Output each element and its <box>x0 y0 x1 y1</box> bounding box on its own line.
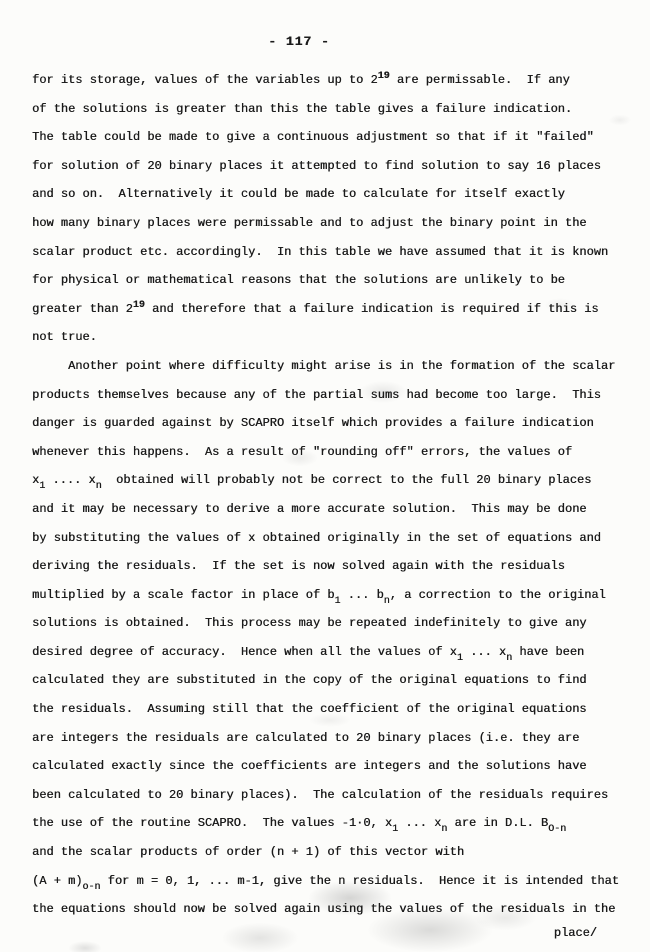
text-line: products themselves because any of the p… <box>32 381 626 410</box>
text-line: calculated exactly since the coefficient… <box>32 752 626 781</box>
text-line: solutions is obtained. This process may … <box>32 609 626 638</box>
text-line: deriving the residuals. If the set is no… <box>32 552 626 581</box>
text-line: and it may be necessary to derive a more… <box>32 495 626 524</box>
text-line: the use of the routine SCAPRO. The value… <box>32 809 626 838</box>
text-line: how many binary places were permissable … <box>32 209 626 238</box>
catchword: place/ <box>554 921 597 945</box>
text-line: are integers the residuals are calculate… <box>32 724 626 753</box>
text-line: not true. <box>32 323 626 352</box>
text-line: whenever this happens. As a result of "r… <box>32 438 626 467</box>
page-number-header: - 117 - <box>0 34 598 49</box>
text-line: x1 .... xn obtained will probably not be… <box>32 466 626 495</box>
text-line: for physical or mathematical reasons tha… <box>32 266 626 295</box>
text-line: desired degree of accuracy. Hence when a… <box>32 638 626 667</box>
text-line: the residuals. Assuming still that the c… <box>32 695 626 724</box>
text-line: of the solutions is greater than this th… <box>32 95 626 124</box>
text-line: scalar product etc. accordingly. In this… <box>32 238 626 267</box>
text-body: for its storage, values of the variables… <box>32 66 626 924</box>
text-line: calculated they are substituted in the c… <box>32 666 626 695</box>
text-line: danger is guarded against by SCAPRO itse… <box>32 409 626 438</box>
text-line: for solution of 20 binary places it atte… <box>32 152 626 181</box>
document-page: - 117 - for its storage, values of the v… <box>0 0 650 952</box>
text-line: Another point where difficulty might ari… <box>32 352 626 381</box>
text-line: by substituting the values of x obtained… <box>32 524 626 553</box>
text-line: and the scalar products of order (n + 1)… <box>32 838 626 867</box>
text-line: for its storage, values of the variables… <box>32 66 626 95</box>
text-line: and so on. Alternatively it could be mad… <box>32 180 626 209</box>
text-line: been calculated to 20 binary places). Th… <box>32 781 626 810</box>
text-line: The table could be made to give a contin… <box>32 123 626 152</box>
text-line: multiplied by a scale factor in place of… <box>32 581 626 610</box>
text-line: greater than 219 and therefore that a fa… <box>32 295 626 324</box>
text-line: (A + m)o-n for m = 0, 1, ... m-1, give t… <box>32 867 626 896</box>
text-line: the equations should now be solved again… <box>32 895 626 924</box>
